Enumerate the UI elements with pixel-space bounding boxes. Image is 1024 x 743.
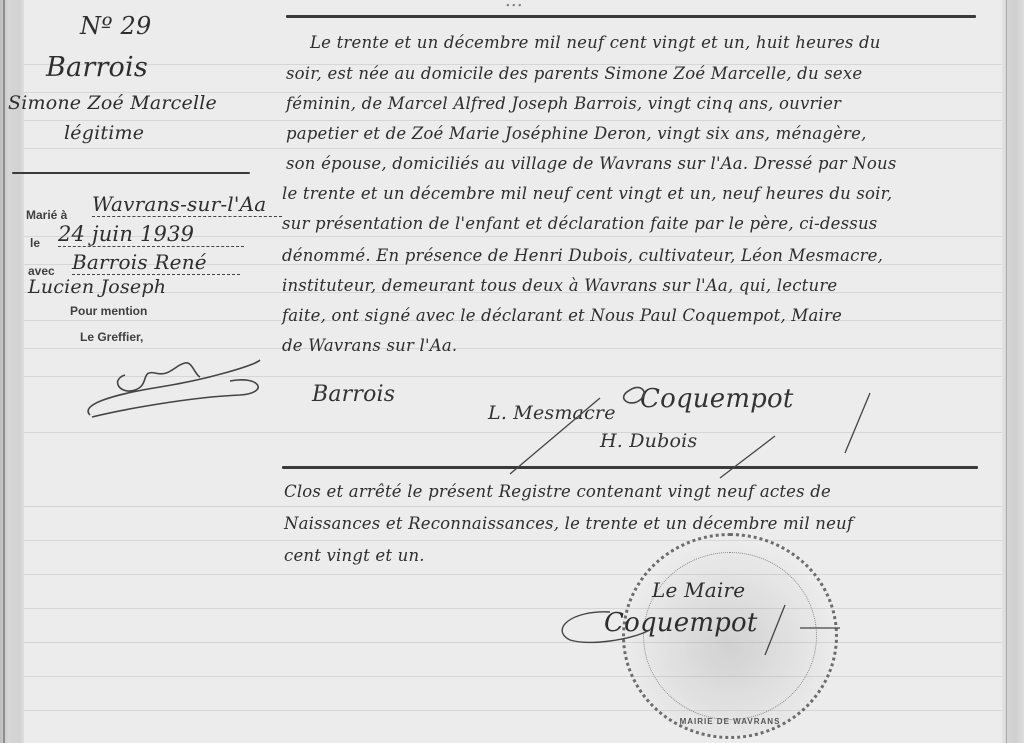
ruled-line [24,540,1002,541]
spouse-name-line2: Lucien Joseph [28,276,166,298]
mention-stamp-line1: Pour mention [70,304,147,318]
act-text-line-5: son épouse, domiciliés au village de Wav… [286,154,897,173]
closing-text-line-3: cent vingt et un. [284,546,425,565]
greffier-signature [80,335,280,425]
margin-surname: Barrois [46,52,148,83]
ruled-line [24,148,1002,149]
act-text-line-4: papetier et de Zoé Marie Joséphine Deron… [286,124,867,143]
act-text-line-9: instituteur, demeurant tous deux à Wavra… [282,276,837,295]
margin-separator-rule [12,172,250,174]
ruled-line [24,642,1002,643]
closing-mayor-title: Le Maire [652,578,745,602]
married-label-stamp: Marié à [26,208,67,222]
date-label-stamp: le [30,236,40,250]
register-page: ... Nº 29 Barrois Simone Zoé Marcelle lé… [0,0,1024,743]
act-number: Nº 29 [80,12,151,40]
ruled-line [24,574,1002,575]
ruled-line [24,676,1002,677]
signature-flourish-strokes [440,378,940,478]
ruled-line [24,506,1002,507]
act-text-line-11: de Wavrans sur l'Aa. [282,336,457,355]
ruled-line [24,120,1002,121]
ruled-line [24,608,1002,609]
closing-text-line-2: Naissances et Reconnaissances, le trente… [284,514,853,533]
spouse-name-line1: Barrois René [72,250,240,275]
closing-text-line-1: Clos et arrêté le présent Registre conte… [284,482,831,501]
previous-act-fragment: ... [505,0,523,11]
act-text-line-3: féminin, de Marcel Alfred Joseph Barrois… [286,94,841,113]
ruled-line [24,710,1002,711]
act-text-line-8: dénommé. En présence de Henri Dubois, cu… [282,246,883,265]
act-text-line-1: Le trente et un décembre mil neuf cent v… [310,33,881,52]
declarant-signature: Barrois [312,382,395,407]
margin-legitimacy-status: légitime [64,122,144,144]
marriage-date: 24 juin 1939 [58,222,244,247]
margin-given-names: Simone Zoé Marcelle [8,92,217,114]
closing-signature-flourish [550,600,850,660]
act-text-line-6: le trente et un décembre mil neuf cent v… [282,184,892,203]
seal-caption: MAIRIE DE WAVRANS [625,717,835,726]
top-separator-rule [286,15,976,18]
married-place: Wavrans-sur-l'Aa [92,192,282,217]
right-binding-edge [1002,0,1024,743]
act-text-line-10: faite, ont signé avec le déclarant et No… [282,306,842,325]
act-text-line-7: sur présentation de l'enfant et déclarat… [282,214,877,233]
act-text-line-2: soir, est née au domicile des parents Si… [286,64,862,83]
